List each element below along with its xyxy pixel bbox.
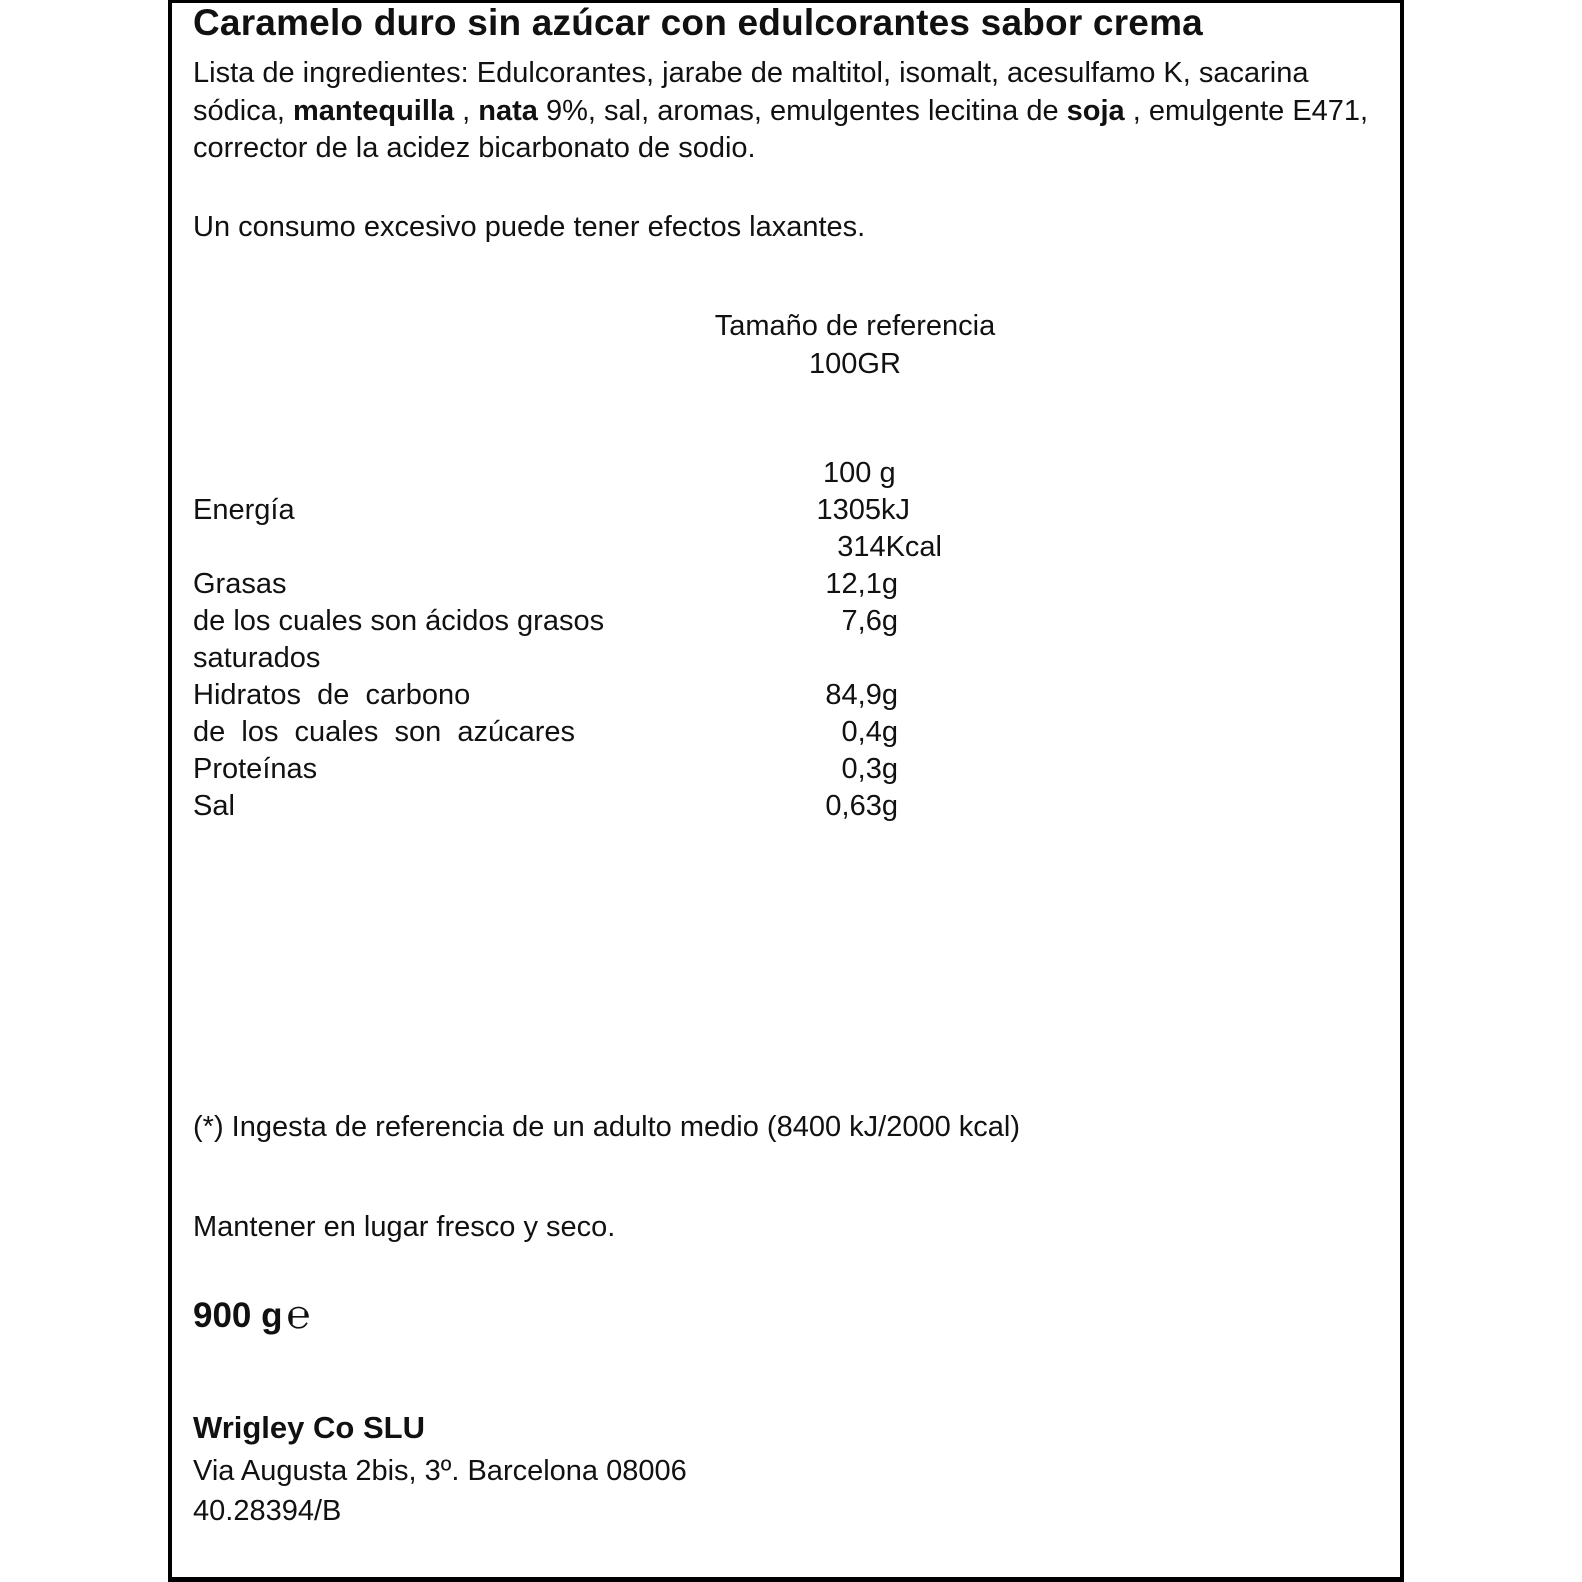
- reference-size-label: Tamaño de referencia: [700, 307, 1010, 345]
- nutrition-row-label: de los cuales son ácidos grasos: [193, 603, 604, 640]
- nutrition-row-label: Hidratos de carbono: [193, 677, 470, 714]
- allergen-ingredient: soja: [1067, 95, 1125, 127]
- nutrition-row-label: Sal: [193, 788, 235, 825]
- net-weight: 900 g℮: [193, 1290, 311, 1337]
- manufacturer-registry: 40.28394/B: [193, 1493, 341, 1530]
- nutrition-row-value: 0,4g: [740, 714, 898, 751]
- nutrition-row-label: saturados: [193, 640, 320, 677]
- nutrition-row-value: 0,63g: [740, 788, 898, 825]
- laxative-warning: Un consumo excesivo puede tener efectos …: [193, 209, 865, 246]
- nutrition-row-value: 1305kJ: [752, 492, 910, 529]
- net-weight-value: 900 g: [193, 1296, 283, 1335]
- reference-intake-footnote: (*) Ingesta de referencia de un adulto m…: [193, 1109, 1020, 1146]
- ingredients-list: Lista de ingredientes: Edulcorantes, jar…: [193, 55, 1383, 168]
- storage-instructions: Mantener en lugar fresco y seco.: [193, 1209, 615, 1246]
- manufacturer-name: Wrigley Co SLU: [193, 1410, 425, 1446]
- ingredient-text: 9%, sal, aromas, emulgentes lecitina de: [538, 95, 1067, 127]
- estimated-sign-icon: ℮: [287, 1292, 311, 1338]
- manufacturer-address: Via Augusta 2bis, 3º. Barcelona 08006: [193, 1453, 687, 1490]
- allergen-ingredient: mantequilla: [293, 95, 454, 127]
- ingredient-text: ,: [454, 95, 478, 127]
- nutrition-row-label: Energía: [193, 492, 295, 529]
- nutrition-row-value: 7,6g: [740, 603, 898, 640]
- nutrition-row-label: Grasas: [193, 566, 286, 603]
- nutrition-row-value: 314Kcal: [740, 529, 942, 566]
- nutrition-row-value: 12,1g: [740, 566, 898, 603]
- reference-size-value: 100GR: [700, 345, 1010, 383]
- nutrition-row-label: de los cuales son azúcares: [193, 714, 575, 751]
- nutrition-row-value: 0,3g: [740, 751, 898, 788]
- allergen-ingredient: nata: [478, 95, 538, 127]
- nutrition-row-value: 84,9g: [740, 677, 898, 714]
- nutrition-column-header: 100 g: [823, 455, 896, 492]
- product-title: Caramelo duro sin azúcar con edulcorante…: [193, 2, 1203, 44]
- nutrition-row-label: Proteínas: [193, 751, 317, 788]
- reference-size-header: Tamaño de referencia 100GR: [700, 307, 1010, 383]
